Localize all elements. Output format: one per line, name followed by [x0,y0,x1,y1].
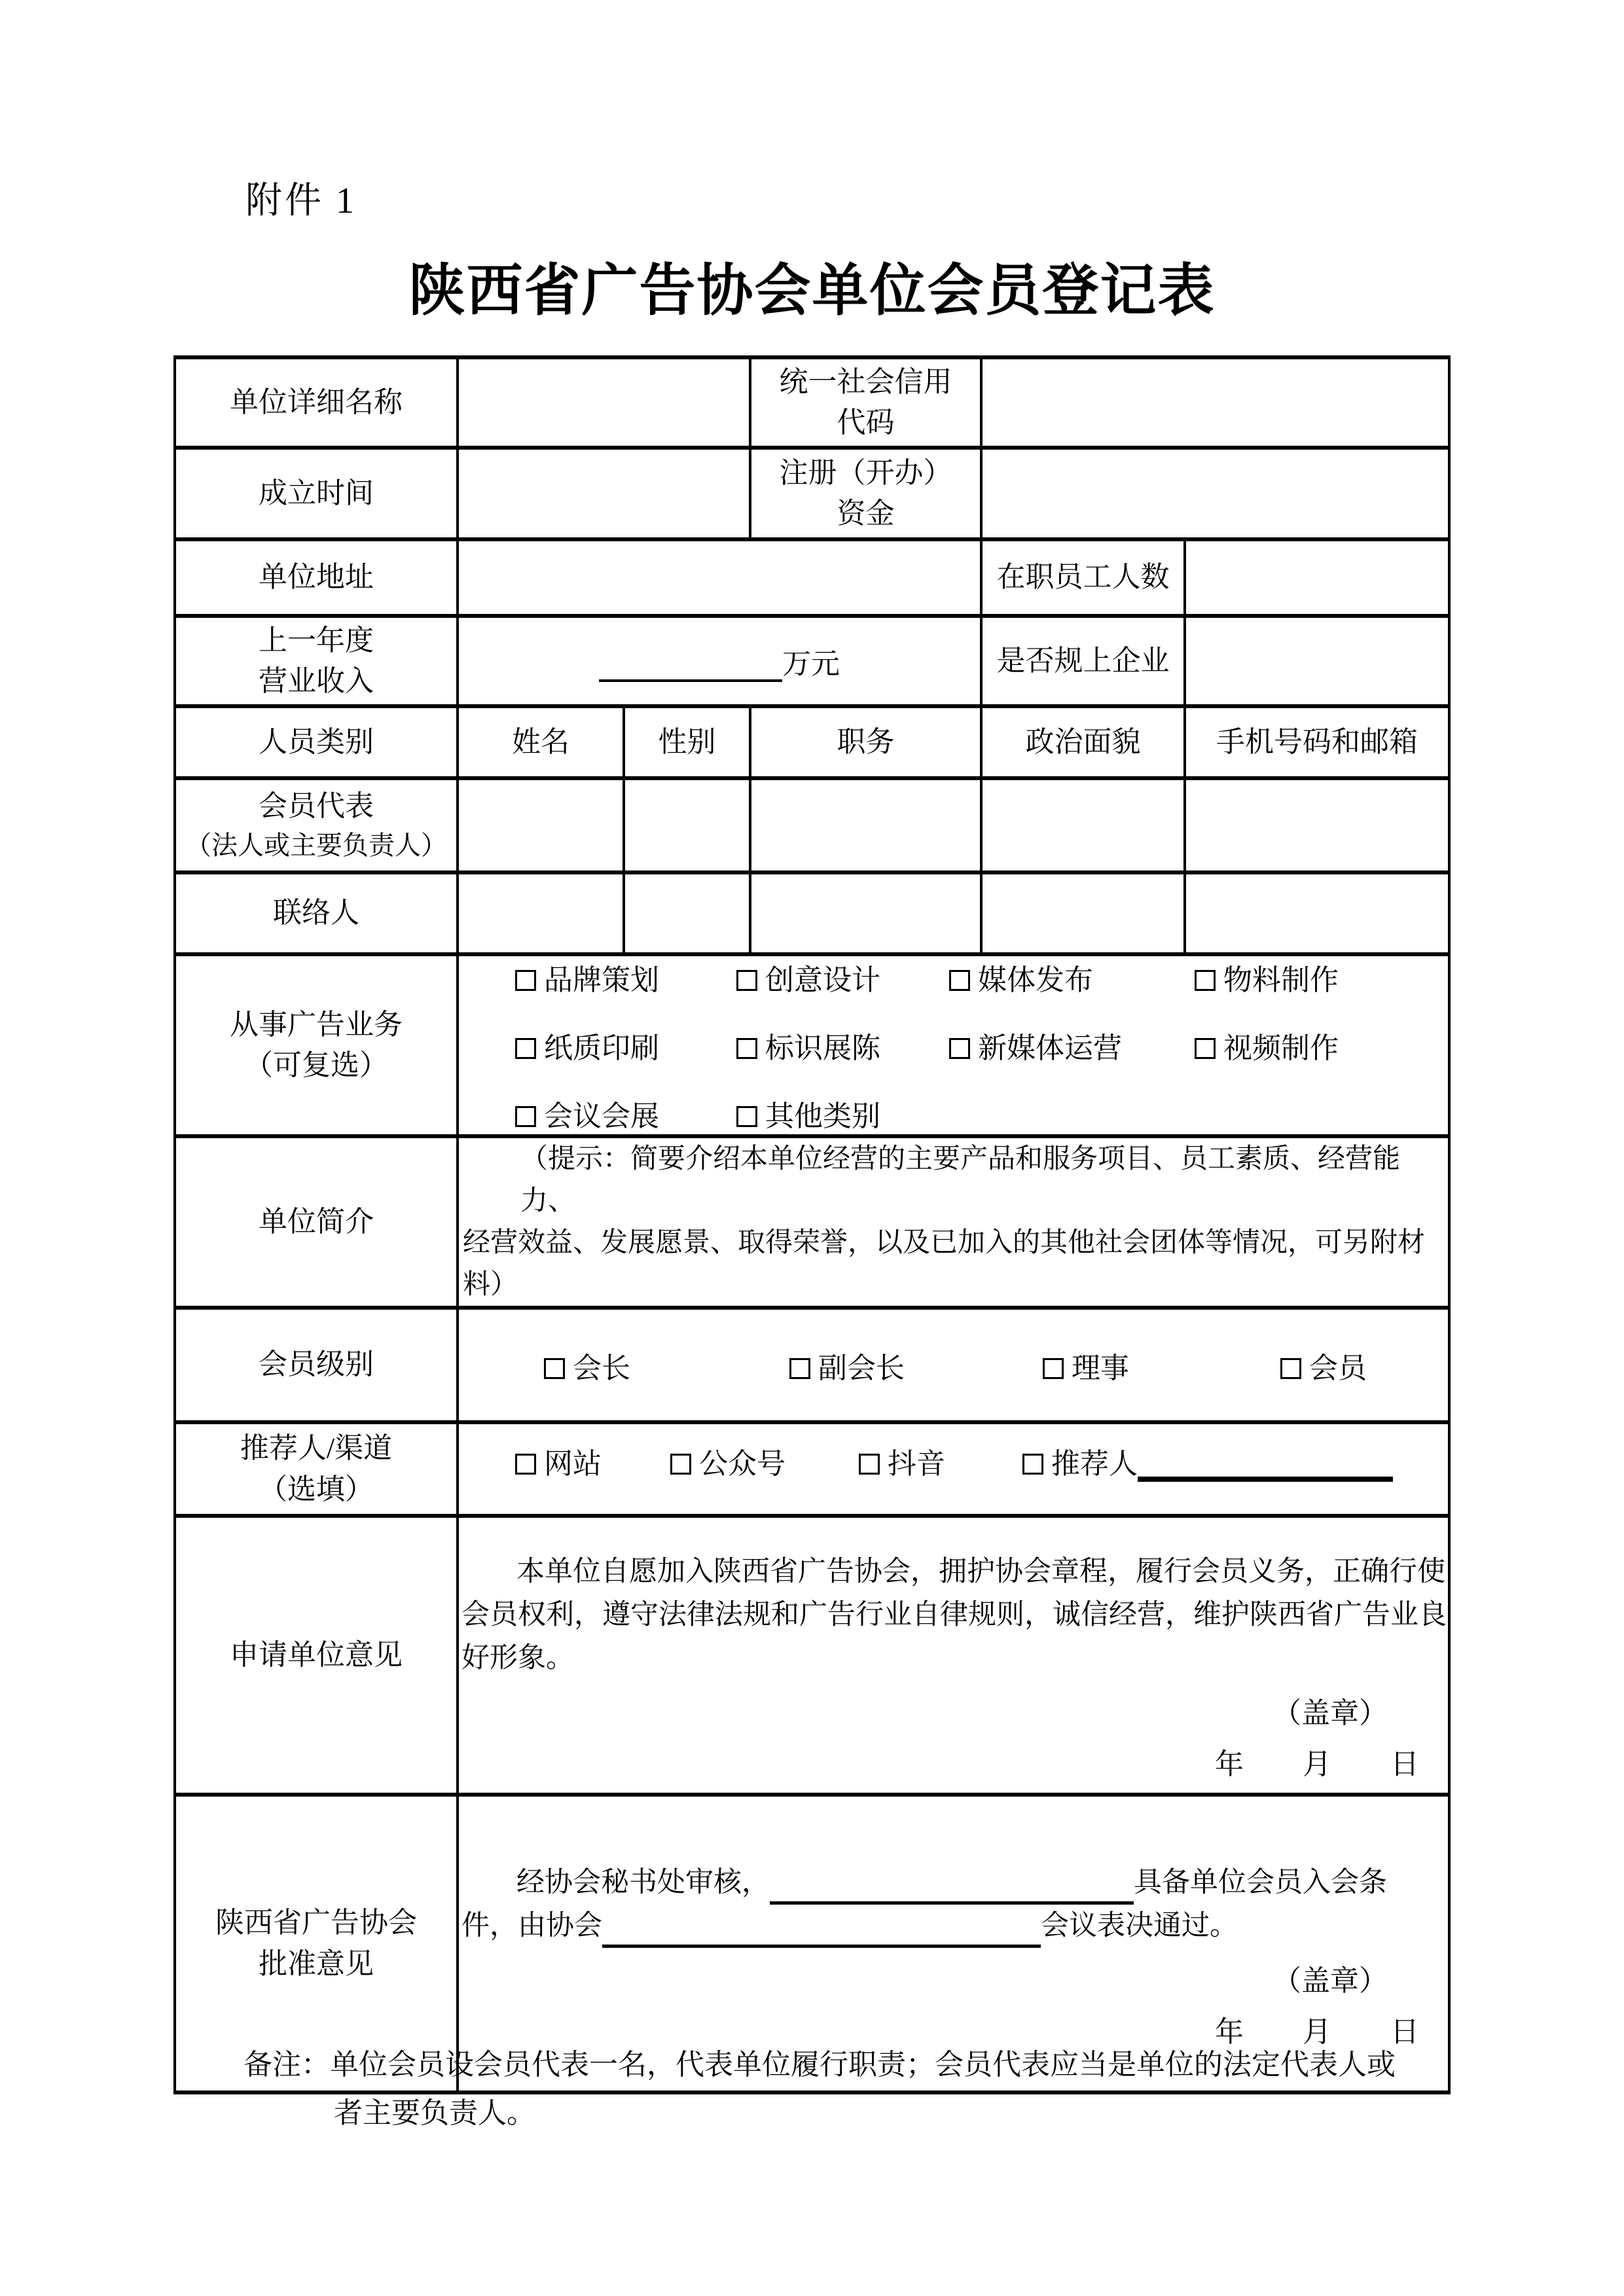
personnel-category-header: 人员类别 [175,706,458,778]
business-options-cell: 品牌策划 创意设计 媒体发布 物料制作 纸质印刷 标识展陈 新媒体运营 视频制作… [458,954,1449,1136]
member-representative-line2: （法人或主要负责人） [176,827,456,865]
capital-label: 注册（开办） 资金 [750,448,981,539]
profile-hint-line2: 经营效益、发展愿景、取得荣誉，以及已加入的其他社会团体等情况，可另附材 [463,1222,1444,1264]
staff-count-field[interactable] [1185,539,1449,616]
liaison-gender-field[interactable] [624,872,750,954]
unit-name-label: 单位详细名称 [175,357,458,448]
checkbox-referrer[interactable] [1022,1454,1043,1475]
checkbox-creative-design[interactable] [736,970,757,991]
name-header: 姓名 [458,706,624,778]
credit-code-field[interactable] [981,357,1449,448]
row-revenue: 上一年度 营业收入 万元 是否规上企业 [175,616,1449,706]
footnote-line2: 者主要负责人。 [334,2089,1415,2138]
business-label-line2: （可复选） [176,1045,456,1086]
applicant-seal-label: （盖章） [1272,1689,1388,1731]
credit-code-label-line2: 代码 [751,403,980,443]
credit-code-label-line1: 统一社会信用 [751,362,980,403]
checkbox-signage-display[interactable] [736,1038,757,1059]
row-address: 单位地址 在职员工人数 [175,539,1449,616]
liaison-position-field[interactable] [750,872,981,954]
attachment-label: 附件 1 [245,171,357,224]
approval-blank2[interactable] [602,1920,1041,1948]
liaison-contact-field[interactable] [1185,872,1449,954]
checkbox-media-release[interactable] [949,970,970,991]
checkbox-member[interactable] [1280,1358,1301,1379]
position-header: 职务 [750,706,981,778]
checkbox-website[interactable] [515,1454,536,1475]
approval-line1: 经协会秘书处审核，具备单位会员入会条 [459,1861,1448,1905]
address-field[interactable] [458,539,981,616]
checkbox-material-production[interactable] [1195,970,1216,991]
referrer-name-blank[interactable] [1138,1453,1393,1482]
member-level-cell: 会长 副会长 理事 会员 [458,1308,1449,1422]
referral-label-line1: 推荐人/渠道 [176,1428,456,1469]
approval-label-line2: 批准意见 [176,1944,456,1984]
rep-politics-field[interactable] [981,778,1185,872]
profile-hint-line3: 料） [463,1264,1444,1306]
business-options-row2: 纸质印刷 标识展陈 新媒体运营 视频制作 [515,1024,1448,1066]
business-options-row1: 品牌策划 创意设计 媒体发布 物料制作 [515,956,1448,998]
capital-label-line1: 注册（开办） [751,453,980,493]
approval-seg2: 具备单位会员入会条 [1134,1867,1387,1898]
approval-blank1[interactable] [770,1876,1134,1905]
option-label: 媒体发布 [978,964,1093,996]
approval-seg3: 件，由协会 [461,1910,602,1941]
registration-table: 单位详细名称 统一社会信用 代码 成立时间 注册（开办） 资金 单位地址 在职员… [173,355,1451,2094]
credit-code-label: 统一社会信用 代码 [750,357,981,448]
checkbox-wechat-account[interactable] [670,1454,691,1475]
row-business: 从事广告业务 （可复选） 品牌策划 创意设计 媒体发布 物料制作 纸质印刷 标识… [175,954,1449,1136]
option-label: 会员 [1309,1352,1367,1384]
revenue-unit-label: 万元 [782,648,840,680]
checkbox-new-media-operation[interactable] [949,1038,970,1059]
revenue-label-line2: 营业收入 [176,661,456,702]
footnote-line1: 备注：单位会员设会员代表一名，代表单位履行职责；会员代表应当是单位的法定代表人或 [244,2041,1415,2089]
founded-field[interactable] [458,448,750,539]
checkbox-director[interactable] [1043,1358,1064,1379]
option-label: 副会长 [818,1352,905,1384]
footnote: 备注：单位会员设会员代表一名，代表单位履行职责；会员代表应当是单位的法定代表人或… [244,2041,1415,2138]
option-label: 视频制作 [1223,1032,1339,1064]
politics-header: 政治面貌 [981,706,1185,778]
rep-name-field[interactable] [458,778,624,872]
profile-field[interactable]: （提示：简要介绍本单位经营的主要产品和服务项目、员工素质、经营能力、 经营效益、… [458,1136,1449,1308]
referral-options-cell: 网站 公众号 抖音 推荐人 [458,1422,1449,1516]
day-label: 日 [1390,1740,1419,1782]
staff-count-label: 在职员工人数 [981,539,1185,616]
scale-enterprise-field[interactable] [1185,616,1449,706]
approval-line2: 件，由协会会议表决通过。 [459,1905,1448,1948]
checkbox-president[interactable] [544,1358,565,1379]
checkbox-brand-planning[interactable] [515,970,536,991]
business-label: 从事广告业务 （可复选） [175,954,458,1136]
checkbox-video-production[interactable] [1195,1038,1216,1059]
option-label: 推荐人 [1051,1448,1138,1480]
scale-enterprise-label: 是否规上企业 [981,616,1185,706]
row-referral: 推荐人/渠道 （选填） 网站 公众号 抖音 推荐人 [175,1422,1449,1516]
capital-label-line2: 资金 [751,493,980,534]
referral-label-line2: （选填） [176,1469,456,1510]
row-founded: 成立时间 注册（开办） 资金 [175,448,1449,539]
approval-seal-label: （盖章） [1272,1957,1388,1999]
approval-seg1: 经协会秘书处审核， [516,1867,770,1898]
referral-label: 推荐人/渠道 （选填） [175,1422,458,1516]
checkbox-other-category[interactable] [736,1106,757,1127]
liaison-label: 联络人 [175,872,458,954]
option-label: 纸质印刷 [544,1032,659,1064]
applicant-statement-line1: 本单位自愿加入陕西省广告协会，拥护协会章程，履行会员义务，正确行使 [459,1551,1448,1594]
option-label: 物料制作 [1223,964,1339,996]
business-options-row3: 会议会展 其他类别 [515,1092,1448,1134]
checkbox-douyin[interactable] [859,1454,880,1475]
capital-field[interactable] [981,448,1449,539]
business-label-line1: 从事广告业务 [176,1005,456,1045]
revenue-label-line1: 上一年度 [176,620,456,661]
checkbox-conference-exhibition[interactable] [515,1106,536,1127]
row-member-representative: 会员代表 （法人或主要负责人） [175,778,1449,872]
row-profile: 单位简介 （提示：简要介绍本单位经营的主要产品和服务项目、员工素质、经营能力、 … [175,1136,1449,1308]
applicant-statement-line3: 好形象。 [459,1637,1448,1680]
row-unit-name: 单位详细名称 统一社会信用 代码 [175,357,1449,448]
founded-label: 成立时间 [175,448,458,539]
member-representative-line1: 会员代表 [176,786,456,827]
option-label: 公众号 [699,1448,785,1480]
applicant-dateline: 年 月 日 [1215,1740,1419,1782]
row-liaison: 联络人 [175,872,1449,954]
checkbox-vice-president[interactable] [789,1358,810,1379]
profile-hint-line1: （提示：简要介绍本单位经营的主要产品和服务项目、员工素质、经营能力、 [463,1138,1444,1222]
revenue-cell: 万元 [458,616,981,706]
option-label: 标识展陈 [765,1032,880,1064]
unit-name-field[interactable] [458,357,750,448]
row-applicant-opinion: 申请单位意见 本单位自愿加入陕西省广告协会，拥护协会章程，履行会员义务，正确行使… [175,1516,1449,1795]
contact-header: 手机号码和邮箱 [1185,706,1449,778]
page-title: 陕西省广告协会单位会员登记表 [0,245,1624,326]
checkbox-paper-printing[interactable] [515,1038,536,1059]
option-label: 理事 [1072,1352,1129,1384]
member-representative-label: 会员代表 （法人或主要负责人） [175,778,458,872]
month-label: 月 [1303,1740,1331,1782]
address-label: 单位地址 [175,539,458,616]
approval-seg4: 会议表决通过。 [1041,1910,1238,1941]
option-label: 会议会展 [544,1100,659,1132]
revenue-label: 上一年度 营业收入 [175,616,458,706]
rep-contact-field[interactable] [1185,778,1449,872]
revenue-blank[interactable] [599,653,782,682]
row-personnel-header: 人员类别 姓名 性别 职务 政治面貌 手机号码和邮箱 [175,706,1449,778]
member-level-label: 会员级别 [175,1308,458,1422]
applicant-opinion-cell: 本单位自愿加入陕西省广告协会，拥护协会章程，履行会员义务，正确行使 会员权利，遵… [458,1516,1449,1795]
option-label: 会长 [573,1352,630,1384]
option-label: 新媒体运营 [978,1032,1122,1064]
option-label: 抖音 [888,1448,945,1480]
year-label: 年 [1215,1740,1244,1782]
row-member-level: 会员级别 会长 副会长 理事 会员 [175,1308,1449,1422]
liaison-name-field[interactable] [458,872,624,954]
profile-label: 单位简介 [175,1136,458,1308]
liaison-politics-field[interactable] [981,872,1185,954]
option-label: 其他类别 [765,1100,880,1132]
option-label: 品牌策划 [544,964,659,996]
gender-header: 性别 [624,706,750,778]
option-label: 网站 [544,1448,602,1480]
rep-position-field[interactable] [750,778,981,872]
approval-label-line1: 陕西省广告协会 [176,1903,456,1943]
applicant-statement-line2: 会员权利，遵守法律法规和广告行业自律规则，诚信经营，维护陕西省广告业良 [459,1594,1448,1637]
applicant-opinion-label: 申请单位意见 [175,1516,458,1795]
option-label: 创意设计 [765,964,880,996]
rep-gender-field[interactable] [624,778,750,872]
registration-form-page: { "page": { "attachment": "附件 1", "title… [0,0,1624,2296]
